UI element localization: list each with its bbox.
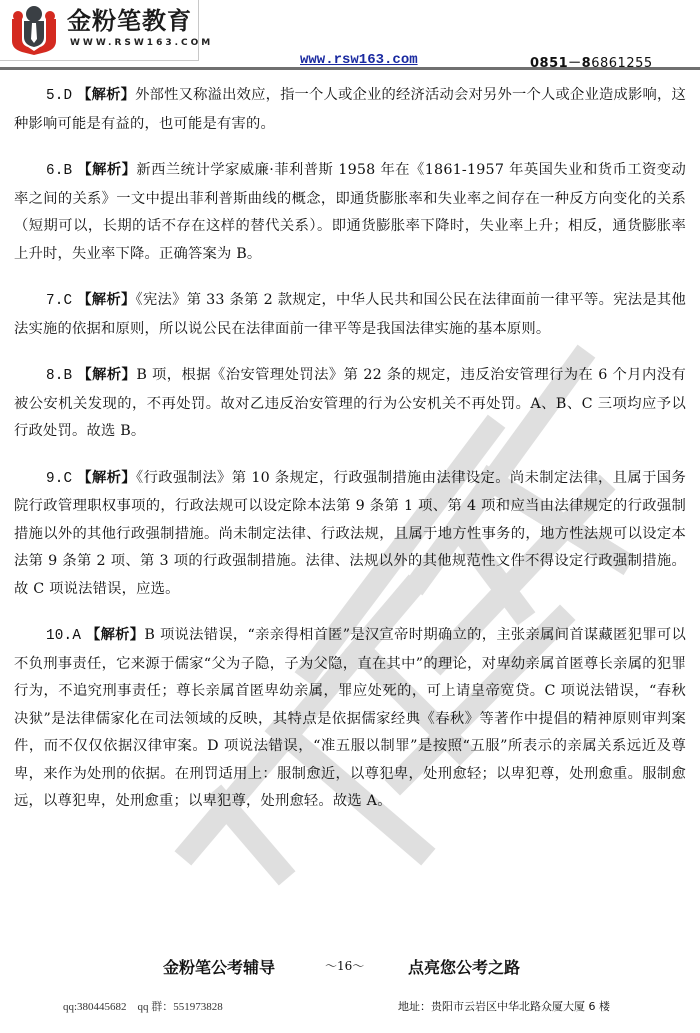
header-divider xyxy=(0,67,700,70)
page-number: ～16～ xyxy=(325,957,364,974)
question-number: 10.A xyxy=(46,628,81,644)
footer-slogan-left: 金粉笔公考辅导 xyxy=(163,955,275,978)
answer-paragraph-8: 8.B 【解析】B 项，根据《治安管理处罚法》第 22 条的规定，违反治安管理行… xyxy=(14,362,686,446)
analysis-tag: 【解析】 xyxy=(77,367,136,383)
question-number: 9.C xyxy=(46,471,72,487)
analysis-tag: 【解析】 xyxy=(77,87,135,103)
analysis-tag: 【解析】 xyxy=(77,470,136,486)
analysis-tag: 【解析】 xyxy=(86,627,144,643)
page-header: 金粉笔教育 WWW.RSW163.COM www.rsw163.com 0851… xyxy=(0,0,700,72)
answer-paragraph-9: 9.C 【解析】《行政强制法》第 10 条规定，行政强制措施由法律设定。尚未制定… xyxy=(14,465,686,604)
footer-qq: qq:380445682 qq 群：551973828 xyxy=(63,998,223,1014)
question-number: 8.B xyxy=(46,368,72,384)
footer-address: 地址：贵阳市云岩区中华北路众厦大厦 6 楼 xyxy=(398,998,610,1014)
analysis-tag: 【解析】 xyxy=(77,292,135,308)
analysis-text: 《行政强制法》第 10 条规定，行政强制措施由法律设定。尚未制定法律，且属于国务… xyxy=(14,470,686,597)
footer-contact: qq:380445682 qq 群：551973828 地址：贵阳市云岩区中华北… xyxy=(0,998,700,1014)
analysis-tag: 【解析】 xyxy=(77,162,136,178)
logo-url: WWW.RSW163.COM xyxy=(70,38,213,48)
site-link[interactable]: www.rsw163.com xyxy=(300,52,418,68)
answer-paragraph-6: 6.B 【解析】新西兰统计学家威廉·菲利普斯 1958 年在《1861-1957… xyxy=(14,157,686,268)
footer-slogan-right: 点亮您公考之路 xyxy=(408,955,520,978)
question-number: 5.D xyxy=(46,88,72,104)
question-number: 7.C xyxy=(46,293,72,309)
page-footer: 金粉笔公考辅导 ～16～ 点亮您公考之路 xyxy=(0,955,700,981)
logo-mark-icon xyxy=(8,5,60,55)
question-number: 6.B xyxy=(46,163,72,179)
document-body: 5.D 【解析】外部性又称溢出效应，指一个人或企业的经济活动会对另外一个人或企业… xyxy=(14,82,686,835)
answer-paragraph-7: 7.C 【解析】《宪法》第 33 条第 2 款规定，中华人民共和国公民在法律面前… xyxy=(14,287,686,343)
answer-paragraph-5: 5.D 【解析】外部性又称溢出效应，指一个人或企业的经济活动会对另外一个人或企业… xyxy=(14,82,686,138)
analysis-text: B 项说法错误，“亲亲得相首匿”是汉宣帝时期确立的，主张亲属间首谋藏匿犯罪可以不… xyxy=(14,627,686,809)
logo: 金粉笔教育 WWW.RSW163.COM xyxy=(0,0,199,61)
logo-title: 金粉笔教育 xyxy=(67,6,192,36)
answer-paragraph-10: 10.A 【解析】B 项说法错误，“亲亲得相首匿”是汉宣帝时期确立的，主张亲属间… xyxy=(14,622,686,816)
